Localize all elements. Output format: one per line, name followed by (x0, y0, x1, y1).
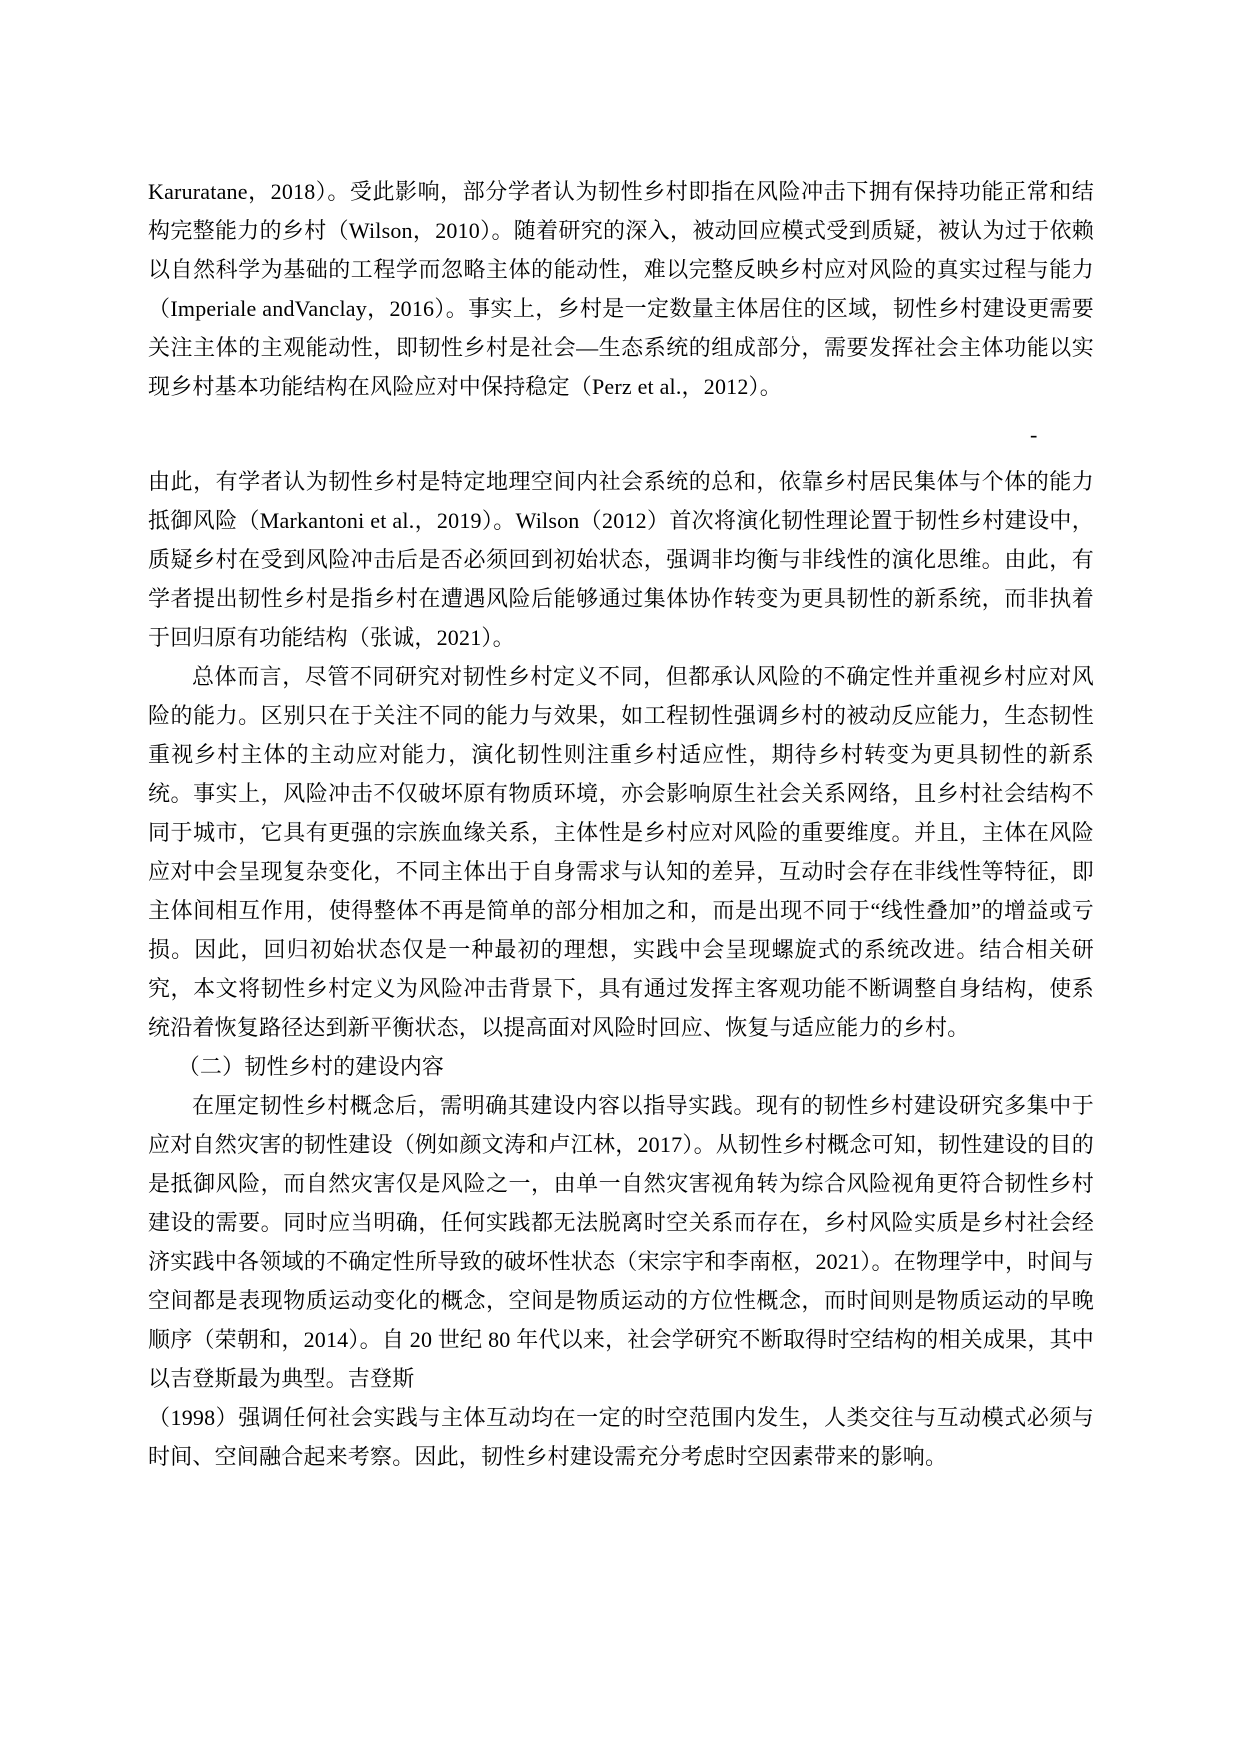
document-page: Karuratane，2018）。受此影响，部分学者认为韧性乡村即指在风险冲击下… (0, 0, 1240, 1754)
text-column: Karuratane，2018）。受此影响，部分学者认为韧性乡村即指在风险冲击下… (148, 172, 1094, 1476)
para-construction-content: 在厘定韧性乡村概念后，需明确其建设内容以指导实践。现有的韧性乡村建设研究多集中于… (148, 1086, 1094, 1398)
para-summary-definition: 总体而言，尽管不同研究对韧性乡村定义不同，但都承认风险的不确定性并重视乡村应对风… (148, 657, 1094, 1047)
paragraph-gap: - (148, 406, 1094, 462)
stray-dash-mark: - (1030, 424, 1038, 446)
para-evolutionary-resilience: 由此，有学者认为韧性乡村是特定地理空间内社会系统的总和，依靠乡村居民集体与个体的… (148, 462, 1094, 657)
para-giddens-1998: （1998）强调任何社会实践与主体互动均在一定的时空范围内发生，人类交往与互动模… (148, 1398, 1094, 1476)
para-continuation-top: Karuratane，2018）。受此影响，部分学者认为韧性乡村即指在风险冲击下… (148, 172, 1094, 406)
heading-section-two: （二）韧性乡村的建设内容 (148, 1047, 1094, 1086)
